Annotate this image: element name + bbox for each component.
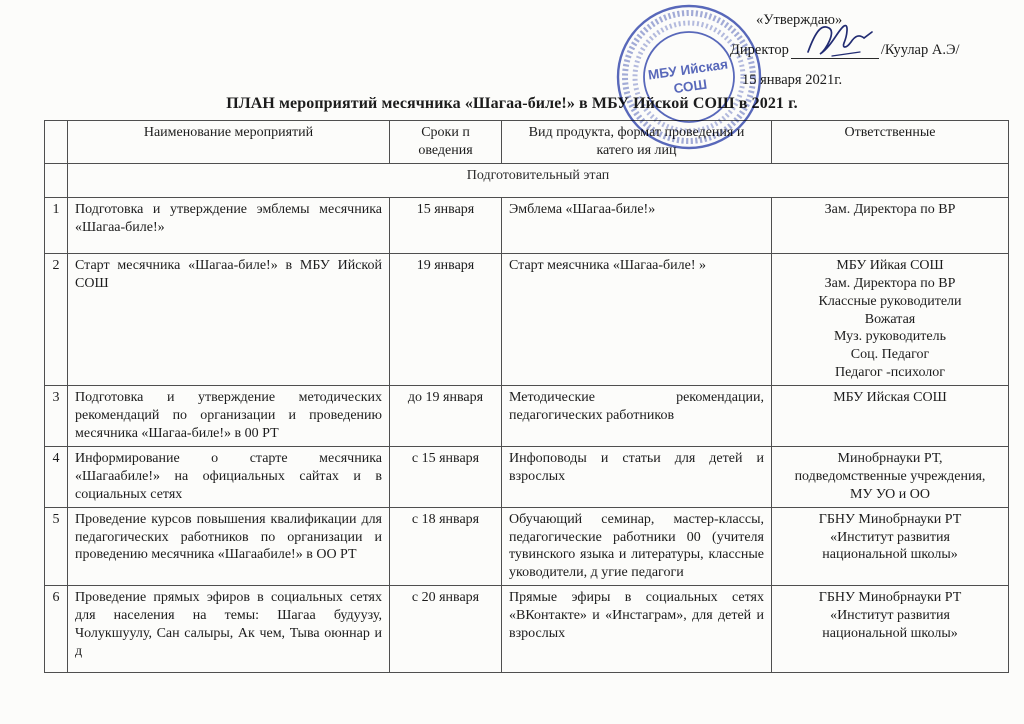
row-num: 1 [45,197,68,253]
section-row: Подготовительный этап [45,163,1009,197]
row-num: 3 [45,386,68,447]
row-num: 4 [45,446,68,507]
row-term: 19 января [390,253,502,385]
header-responsible: Ответственные [772,121,1009,164]
row-responsible: МБУ Ийкая СОШ Зам. Директора по ВР Класс… [772,253,1009,385]
row-responsible: Минобрнауки РТ, подведомственные учрежде… [772,446,1009,507]
row-product: Старт меясчника «Шагаа-биле! » [502,253,772,385]
row-term: до 19 января [390,386,502,447]
row-name: Проведение прямых эфиров в социальных се… [68,586,390,673]
row-responsible: ГБНУ Минобрнауки РТ «Институт развития н… [772,586,1009,673]
section-num-cell [45,163,68,197]
header-term: Сроки п оведения [390,121,502,164]
row-name: Информирование о старте месячника «Шагаа… [68,446,390,507]
page-title: ПЛАН мероприятий месячника «Шагаа-биле!»… [0,95,1024,113]
row-term: с 15 января [390,446,502,507]
row-product: Эмблема «Шагаа-биле!» [502,197,772,253]
row-num: 6 [45,586,68,673]
row-product: Инфоповоды и статьи для детей и взрослых [502,446,772,507]
header-num [45,121,68,164]
header-name: Наименование мероприятий [68,121,390,164]
row-name: Подготовка и утверждение эмблемы месячни… [68,197,390,253]
row-responsible: ГБНУ Минобрнауки РТ «Институт развития н… [772,507,1009,586]
table-row: 6 Проведение прямых эфиров в социальных … [45,586,1009,673]
row-num: 2 [45,253,68,385]
table-row: 1 Подготовка и утверждение эмблемы месяч… [45,197,1009,253]
stamp-center-line2: СОШ [673,77,708,97]
row-product: Прямые эфиры в социальных сетях «ВКонтак… [502,586,772,673]
row-term: с 20 января [390,586,502,673]
row-responsible: МБУ Ийская СОШ [772,386,1009,447]
table-row: 4 Информирование о старте месячника «Шаг… [45,446,1009,507]
row-product: Методические рекомендации, педагогически… [502,386,772,447]
row-name: Проведение курсов повышения квалификации… [68,507,390,586]
stamp-center-line1: МБУ Ийская [647,57,729,83]
director-line: Директор /Куулар А.Э/ [730,42,960,59]
signature-ink [802,16,880,62]
director-name: /Куулар А.Э/ [881,42,960,59]
director-label: Директор [730,42,789,59]
row-num: 5 [45,507,68,586]
plan-table: Наименование мероприятий Сроки п оведени… [44,120,1009,673]
approval-date: 15 января 2021г. [742,72,842,89]
row-name: Старт месячника «Шагаа-биле!» в МБУ Ийск… [68,253,390,385]
table-row: 3 Подготовка и утверждение методических … [45,386,1009,447]
table-header-row: Наименование мероприятий Сроки п оведени… [45,121,1009,164]
row-responsible: Зам. Директора по ВР [772,197,1009,253]
row-product: Обучающий семинар, мастер-классы, педаго… [502,507,772,586]
row-name: Подготовка и утверждение методических ре… [68,386,390,447]
table-row: 5 Проведение курсов повышения квалификац… [45,507,1009,586]
section-title: Подготовительный этап [68,163,1009,197]
table-row: 2 Старт месячника «Шагаа-биле!» в МБУ Ий… [45,253,1009,385]
header-product: Вид продукта, формат проведения и катего… [502,121,772,164]
row-term: 15 января [390,197,502,253]
row-term: с 18 января [390,507,502,586]
